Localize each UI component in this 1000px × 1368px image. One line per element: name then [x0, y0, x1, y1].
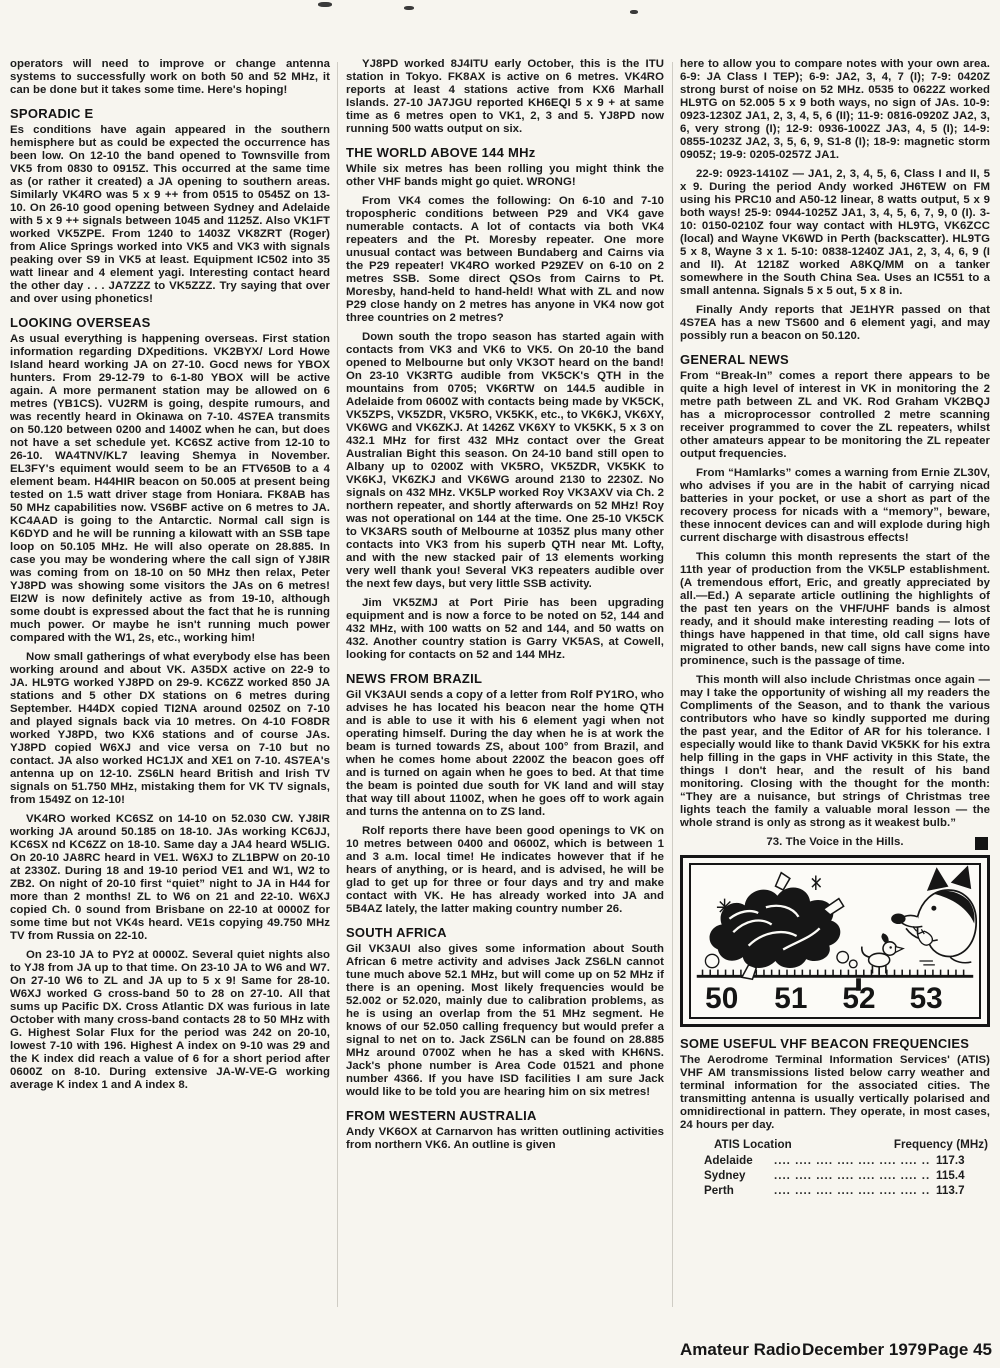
- heading-general-news: GENERAL NEWS: [680, 352, 990, 367]
- end-of-article-marker: [975, 837, 988, 850]
- page-footer: Amateur Radio December 1979 Page 45: [680, 1340, 992, 1360]
- paragraph: From VK4 comes the following: On 6-10 an…: [346, 195, 664, 325]
- column-rule-right: [672, 62, 673, 1307]
- paragraph: Gil VK3AUI also gives some information a…: [346, 943, 664, 1099]
- atis-frequency: 113.7: [936, 1184, 976, 1197]
- atis-col-frequency: Frequency (MHz): [894, 1138, 988, 1151]
- atis-col-location: ATIS Location: [714, 1138, 792, 1151]
- table-row: Sydney .... .... .... .... .... .... ...…: [680, 1168, 990, 1183]
- dial-label-51: 51: [774, 982, 807, 1015]
- heading-looking-overseas: LOOKING OVERSEAS: [10, 315, 330, 330]
- column-right: here to allow you to compare notes with …: [680, 58, 990, 1198]
- paragraph: The Aerodrome Terminal Information Servi…: [680, 1054, 990, 1132]
- footer-issue-date: December 1979: [802, 1340, 927, 1360]
- paragraph: This month will also include Christmas o…: [680, 674, 990, 830]
- dotted-leader: .... .... .... .... .... .... .... ....: [774, 1169, 930, 1182]
- paragraph: Andy VK6OX at Carnarvon has written outl…: [346, 1126, 664, 1152]
- column-rule-left: [337, 62, 338, 1307]
- heading-from-western-australia: FROM WESTERN AUSTRALIA: [346, 1108, 664, 1123]
- paragraph: Now small gatherings of what everybody e…: [10, 651, 330, 807]
- signoff-text: 73. The Voice in the Hills.: [766, 836, 903, 848]
- paragraph: As usual everything is happening oversea…: [10, 333, 330, 645]
- atis-table-header: ATIS Location Frequency (MHz): [680, 1138, 990, 1153]
- paragraph: From “Break-In” comes a report there app…: [680, 370, 990, 461]
- atis-location: Perth: [704, 1184, 768, 1197]
- scan-artifact: [318, 2, 332, 7]
- paragraph: Finally Andy reports that JE1HYR passed …: [680, 304, 990, 343]
- paragraph: From “Hamlarks” comes a warning from Ern…: [680, 467, 990, 545]
- paragraph: On 23-10 JA to PY2 at 0000Z. Several qui…: [10, 949, 330, 1092]
- scan-artifact: [630, 10, 638, 14]
- cartoon-frame: 50 51 52 53: [680, 855, 990, 1027]
- atis-frequency: 115.4: [936, 1169, 976, 1182]
- heading-sporadic-e: SPORADIC E: [10, 106, 330, 121]
- atis-frequency: 117.3: [936, 1154, 976, 1167]
- small-dog-icon: [862, 933, 903, 974]
- dial-numbers: 50 51 52 53: [705, 982, 943, 1015]
- paragraph: While six metres has been rolling you mi…: [346, 163, 664, 189]
- paragraph: Rolf reports there have been good openin…: [346, 825, 664, 916]
- dogfight-dial-cartoon: 50 51 52 53: [691, 865, 979, 1017]
- paragraph: Jim VK5ZMJ at Port Pirie has been upgrad…: [346, 597, 664, 662]
- paragraph: here to allow you to compare notes with …: [680, 58, 990, 162]
- column-left: operators will need to improve or change…: [10, 58, 330, 1098]
- dial-label-50: 50: [705, 982, 738, 1015]
- big-dog-icon: [891, 867, 976, 965]
- heading-south-africa: SOUTH AFRICA: [346, 925, 664, 940]
- paragraph: Gil VK3AUI sends a copy of a letter from…: [346, 689, 664, 819]
- column-signoff: 73. The Voice in the Hills.: [680, 836, 990, 849]
- paragraph: 22-9: 0923-1410Z — JA1, 2, 3, 4, 5, 6, C…: [680, 168, 990, 298]
- dogfight-cloud-icon: [705, 873, 857, 980]
- atis-location: Sydney: [704, 1169, 768, 1182]
- footer-magazine-title: Amateur Radio: [680, 1340, 801, 1360]
- atis-location: Adelaide: [704, 1154, 768, 1167]
- paragraph: YJ8PD worked 8J4ITU early October, this …: [346, 58, 664, 136]
- scan-artifact: [404, 6, 414, 10]
- paragraph: Es conditions have again appeared in the…: [10, 124, 330, 306]
- paragraph: VK4RO worked KC6SZ on 14-10 on 52.030 CW…: [10, 813, 330, 943]
- dial-label-53: 53: [910, 982, 943, 1015]
- paragraph: This column this month represents the st…: [680, 551, 990, 668]
- heading-vhf-beacon-frequencies: SOME USEFUL VHF BEACON FREQUENCIES: [680, 1036, 990, 1051]
- magazine-page: operators will need to improve or change…: [0, 0, 1000, 1368]
- dotted-leader: .... .... .... .... .... .... .... ....: [774, 1154, 930, 1167]
- atis-table: ATIS Location Frequency (MHz) Adelaide .…: [680, 1138, 990, 1198]
- footer-page-number: Page 45: [928, 1340, 992, 1360]
- column-middle: YJ8PD worked 8J4ITU early October, this …: [346, 58, 664, 1158]
- heading-world-above-144: THE WORLD ABOVE 144 MHz: [346, 145, 664, 160]
- dotted-leader: .... .... .... .... .... .... .... ....: [774, 1184, 930, 1197]
- cartoon-panel: 50 51 52 53: [689, 863, 981, 1019]
- paragraph: Down south the tropo season has started …: [346, 331, 664, 591]
- dial-label-52: 52: [842, 982, 875, 1015]
- table-row: Perth .... .... .... .... .... .... ....…: [680, 1183, 990, 1198]
- table-row: Adelaide .... .... .... .... .... .... .…: [680, 1153, 990, 1168]
- paragraph: operators will need to improve or change…: [10, 58, 330, 97]
- heading-news-from-brazil: NEWS FROM BRAZIL: [346, 671, 664, 686]
